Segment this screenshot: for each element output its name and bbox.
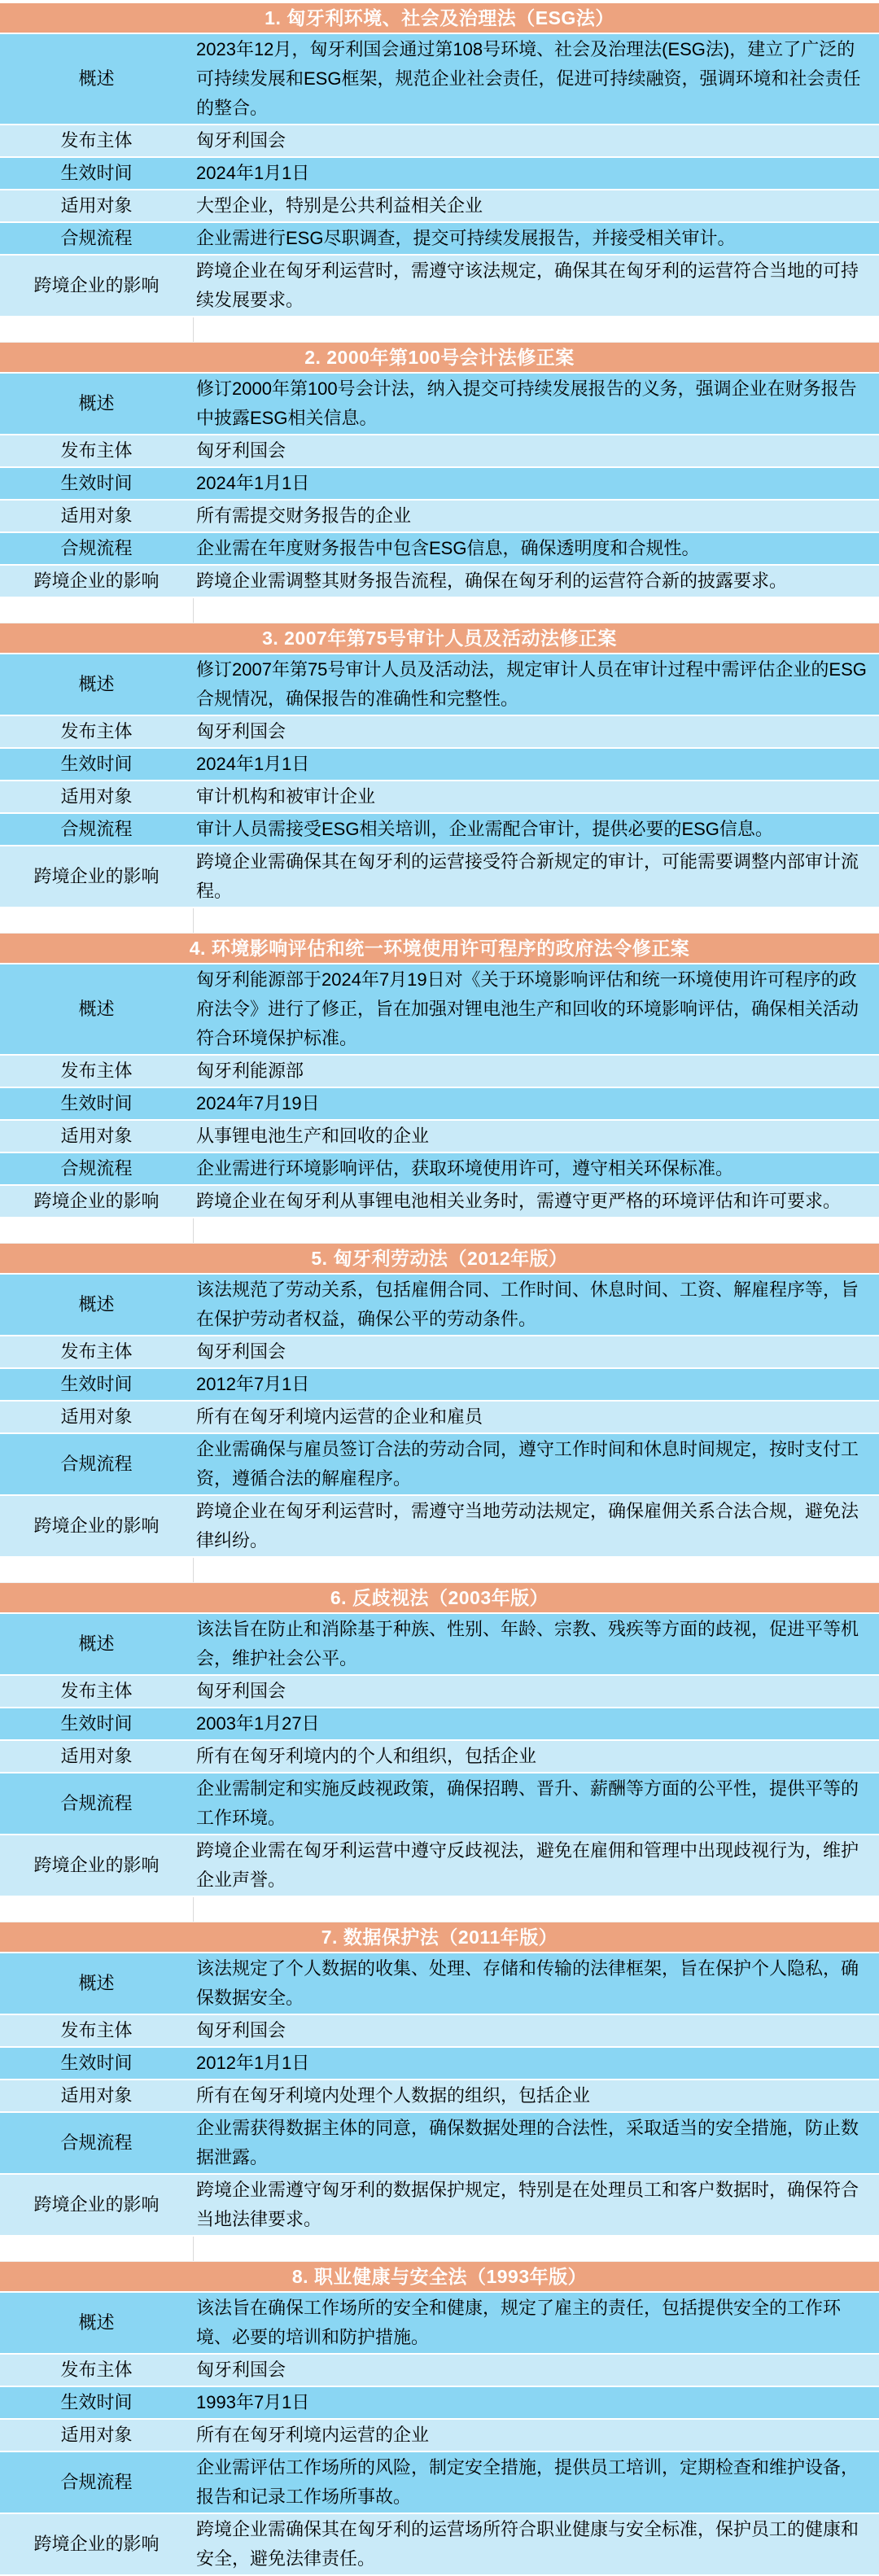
row-value: 2024年1月1日 bbox=[193, 158, 879, 189]
table-row: 合规流程 企业需进行环境影响评估，获取环境使用许可，遵守相关环保标准。 bbox=[0, 1153, 879, 1186]
table-row: 发布主体 匈牙利国会 bbox=[0, 2015, 879, 2048]
row-label: 生效时间 bbox=[0, 158, 193, 189]
table-row: 生效时间 2024年1月1日 bbox=[0, 749, 879, 781]
section-title: 2. 2000年第100号会计法修正案 bbox=[0, 343, 879, 374]
row-value: 2012年7月1日 bbox=[193, 1369, 879, 1400]
row-label: 生效时间 bbox=[0, 2048, 193, 2079]
table-row: 合规流程 企业需确保与雇员签订合法的劳动合同，遵守工作时间和休息时间规定，按时支… bbox=[0, 1434, 879, 1496]
table-row: 合规流程 企业需进行ESG尽职调查，提交可持续发展报告，并接受相关审计。 bbox=[0, 223, 879, 256]
spacer-value-column bbox=[194, 598, 879, 623]
row-label: 适用对象 bbox=[0, 1741, 193, 1772]
section-spacer bbox=[0, 1218, 879, 1244]
row-value: 匈牙利国会 bbox=[193, 125, 879, 156]
row-value: 2003年1月27日 bbox=[193, 1708, 879, 1739]
row-label: 发布主体 bbox=[0, 716, 193, 747]
table-row: 合规流程 审计人员需接受ESG相关培训，企业需配合审计，提供必要的ESG信息。 bbox=[0, 814, 879, 846]
table-row: 生效时间 1993年7月1日 bbox=[0, 2387, 879, 2420]
table-row: 适用对象 大型企业，特别是公共利益相关企业 bbox=[0, 190, 879, 223]
table-row: 概述 该法规定了个人数据的收集、处理、存储和传输的法律框架，旨在保护个人隐私，确… bbox=[0, 1953, 879, 2015]
row-label: 适用对象 bbox=[0, 781, 193, 812]
row-value: 该法旨在防止和消除基于种族、性别、年龄、宗教、残疾等方面的歧视，促进平等机会，维… bbox=[193, 1614, 879, 1674]
row-value: 从事锂电池生产和回收的企业 bbox=[193, 1121, 879, 1152]
spacer-label-column bbox=[0, 317, 194, 342]
row-value: 跨境企业需遵守匈牙利的数据保护规定，特别是在处理员工和客户数据时，确保符合当地法… bbox=[193, 2175, 879, 2235]
table-row: 合规流程 企业需制定和实施反歧视政策，确保招聘、晋升、薪酬等方面的公平性，提供平… bbox=[0, 1773, 879, 1835]
law-compliance-table: 1. 匈牙利环境、社会及治理法（ESG法） 概述 2023年12月，匈牙利国会通… bbox=[0, 0, 879, 2576]
table-row: 概述 该法旨在防止和消除基于种族、性别、年龄、宗教、残疾等方面的歧视，促进平等机… bbox=[0, 1614, 879, 1676]
law-section-6: 6. 反歧视法（2003年版） 概述 该法旨在防止和消除基于种族、性别、年龄、宗… bbox=[0, 1583, 879, 1897]
spacer-value-column bbox=[194, 317, 879, 342]
row-value: 企业需获得数据主体的同意，确保数据处理的合法性，采取适当的安全措施，防止数据泄露… bbox=[193, 2113, 879, 2173]
table-row: 发布主体 匈牙利国会 bbox=[0, 716, 879, 749]
row-label: 生效时间 bbox=[0, 749, 193, 780]
spacer-value-column bbox=[194, 1218, 879, 1243]
spacer-value-column bbox=[194, 1897, 879, 1922]
table-row: 合规流程 企业需获得数据主体的同意，确保数据处理的合法性，采取适当的安全措施，防… bbox=[0, 2113, 879, 2175]
row-label: 概述 bbox=[0, 1614, 193, 1674]
table-row: 发布主体 匈牙利国会 bbox=[0, 1336, 879, 1369]
section-title: 6. 反歧视法（2003年版） bbox=[0, 1583, 879, 1614]
row-value: 企业需在年度财务报告中包含ESG信息，确保透明度和合规性。 bbox=[193, 533, 879, 564]
table-row: 生效时间 2024年1月1日 bbox=[0, 468, 879, 501]
row-value: 修订2007年第75号审计人员及活动法，规定审计人员在审计过程中需评估企业的ES… bbox=[193, 654, 879, 715]
table-row: 适用对象 审计机构和被审计企业 bbox=[0, 781, 879, 814]
row-label: 概述 bbox=[0, 2293, 193, 2353]
row-label: 生效时间 bbox=[0, 2387, 193, 2418]
row-value: 跨境企业需调整其财务报告流程，确保在匈牙利的运营符合新的披露要求。 bbox=[193, 566, 879, 597]
table-row: 跨境企业的影响 跨境企业需确保其在匈牙利的运营场所符合职业健康与安全标准，保护员… bbox=[0, 2514, 879, 2576]
row-label: 跨境企业的影响 bbox=[0, 2514, 193, 2574]
row-value: 2023年12月，匈牙利国会通过第108号环境、社会及治理法(ESG法)，建立了… bbox=[193, 34, 879, 124]
spacer-value-column bbox=[194, 1558, 879, 1582]
row-value: 跨境企业在匈牙利运营时，需遵守当地劳动法规定，确保雇佣关系合法合规，避免法律纠纷… bbox=[193, 1496, 879, 1556]
row-value: 企业需确保与雇员签订合法的劳动合同，遵守工作时间和休息时间规定，按时支付工资，遵… bbox=[193, 1434, 879, 1494]
row-value: 匈牙利国会 bbox=[193, 1676, 879, 1707]
row-value: 2024年7月19日 bbox=[193, 1088, 879, 1119]
row-label: 概述 bbox=[0, 1953, 193, 2014]
section-spacer bbox=[0, 598, 879, 623]
row-label: 概述 bbox=[0, 374, 193, 434]
row-value: 2024年1月1日 bbox=[193, 749, 879, 780]
table-row: 生效时间 2024年1月1日 bbox=[0, 158, 879, 190]
spacer-label-column bbox=[0, 1218, 194, 1243]
table-row: 发布主体 匈牙利能源部 bbox=[0, 1056, 879, 1088]
row-label: 发布主体 bbox=[0, 1676, 193, 1707]
section-title: 1. 匈牙利环境、社会及治理法（ESG法） bbox=[0, 3, 879, 34]
row-label: 发布主体 bbox=[0, 2015, 193, 2046]
law-section-8: 8. 职业健康与安全法（1993年版） 概述 该法旨在确保工作场所的安全和健康，… bbox=[0, 2262, 879, 2576]
row-label: 适用对象 bbox=[0, 190, 193, 221]
row-value: 修订2000年第100号会计法，纳入提交可持续发展报告的义务，强调企业在财务报告… bbox=[193, 374, 879, 434]
law-section-1: 1. 匈牙利环境、社会及治理法（ESG法） 概述 2023年12月，匈牙利国会通… bbox=[0, 3, 879, 317]
law-section-7: 7. 数据保护法（2011年版） 概述 该法规定了个人数据的收集、处理、存储和传… bbox=[0, 1922, 879, 2237]
row-label: 合规流程 bbox=[0, 223, 193, 254]
row-value: 审计人员需接受ESG相关培训，企业需配合审计，提供必要的ESG信息。 bbox=[193, 814, 879, 845]
section-spacer bbox=[0, 1897, 879, 1922]
section-spacer bbox=[0, 908, 879, 934]
table-row: 跨境企业的影响 跨境企业需调整其财务报告流程，确保在匈牙利的运营符合新的披露要求… bbox=[0, 566, 879, 598]
table-row: 跨境企业的影响 跨境企业需遵守匈牙利的数据保护规定，特别是在处理员工和客户数据时… bbox=[0, 2175, 879, 2237]
table-row: 生效时间 2003年1月27日 bbox=[0, 1708, 879, 1741]
row-label: 合规流程 bbox=[0, 1153, 193, 1184]
row-label: 发布主体 bbox=[0, 2355, 193, 2386]
row-label: 跨境企业的影响 bbox=[0, 566, 193, 597]
row-label: 跨境企业的影响 bbox=[0, 1186, 193, 1217]
law-section-4: 4. 环境影响评估和统一环境使用许可程序的政府法令修正案 概述 匈牙利能源部于2… bbox=[0, 934, 879, 1218]
law-section-5: 5. 匈牙利劳动法（2012年版） 概述 该法规范了劳动关系，包括雇佣合同、工作… bbox=[0, 1244, 879, 1558]
row-value: 匈牙利国会 bbox=[193, 435, 879, 466]
row-value: 1993年7月1日 bbox=[193, 2387, 879, 2418]
row-value: 大型企业，特别是公共利益相关企业 bbox=[193, 190, 879, 221]
section-spacer bbox=[0, 1558, 879, 1583]
row-value: 匈牙利国会 bbox=[193, 1336, 879, 1367]
row-value: 匈牙利国会 bbox=[193, 2355, 879, 2386]
table-row: 跨境企业的影响 跨境企业在匈牙利运营时，需遵守该法规定，确保其在匈牙利的运营符合… bbox=[0, 256, 879, 317]
row-label: 概述 bbox=[0, 34, 193, 124]
section-title: 3. 2007年第75号审计人员及活动法修正案 bbox=[0, 623, 879, 654]
row-value: 企业需进行ESG尽职调查，提交可持续发展报告，并接受相关审计。 bbox=[193, 223, 879, 254]
row-value: 跨境企业需确保其在匈牙利的运营场所符合职业健康与安全标准，保护员工的健康和安全，… bbox=[193, 2514, 879, 2574]
row-label: 生效时间 bbox=[0, 1369, 193, 1400]
row-label: 适用对象 bbox=[0, 1402, 193, 1432]
table-row: 发布主体 匈牙利国会 bbox=[0, 1676, 879, 1708]
row-value: 企业需制定和实施反歧视政策，确保招聘、晋升、薪酬等方面的公平性，提供平等的工作环… bbox=[193, 1773, 879, 1834]
row-label: 概述 bbox=[0, 1275, 193, 1335]
row-value: 所有在匈牙利境内的个人和组织，包括企业 bbox=[193, 1741, 879, 1772]
row-value: 跨境企业需确保其在匈牙利的运营接受符合新规定的审计，可能需要调整内部审计流程。 bbox=[193, 846, 879, 907]
row-label: 发布主体 bbox=[0, 435, 193, 466]
table-row: 概述 该法旨在确保工作场所的安全和健康，规定了雇主的责任，包括提供安全的工作环境… bbox=[0, 2293, 879, 2355]
row-label: 合规流程 bbox=[0, 1773, 193, 1834]
table-row: 生效时间 2012年1月1日 bbox=[0, 2048, 879, 2080]
row-value: 审计机构和被审计企业 bbox=[193, 781, 879, 812]
row-label: 合规流程 bbox=[0, 1434, 193, 1494]
row-label: 发布主体 bbox=[0, 1336, 193, 1367]
table-row: 合规流程 企业需评估工作场所的风险，制定安全措施，提供员工培训，定期检查和维护设… bbox=[0, 2452, 879, 2514]
row-label: 合规流程 bbox=[0, 533, 193, 564]
row-value: 2024年1月1日 bbox=[193, 468, 879, 499]
row-label: 生效时间 bbox=[0, 1708, 193, 1739]
table-row: 跨境企业的影响 跨境企业在匈牙利从事锂电池相关业务时，需遵守更严格的环境评估和许… bbox=[0, 1186, 879, 1218]
table-row: 适用对象 所有在匈牙利境内运营的企业和雇员 bbox=[0, 1402, 879, 1434]
row-value: 匈牙利国会 bbox=[193, 2015, 879, 2046]
spacer-value-column bbox=[194, 908, 879, 933]
spacer-label-column bbox=[0, 598, 194, 623]
row-label: 跨境企业的影响 bbox=[0, 2175, 193, 2235]
table-row: 发布主体 匈牙利国会 bbox=[0, 2355, 879, 2387]
table-row: 跨境企业的影响 跨境企业需在匈牙利运营中遵守反歧视法，避免在雇佣和管理中出现歧视… bbox=[0, 1835, 879, 1897]
row-label: 发布主体 bbox=[0, 1056, 193, 1087]
row-label: 适用对象 bbox=[0, 2080, 193, 2111]
table-row: 概述 该法规范了劳动关系，包括雇佣合同、工作时间、休息时间、工资、解雇程序等，旨… bbox=[0, 1275, 879, 1336]
table-row: 适用对象 从事锂电池生产和回收的企业 bbox=[0, 1121, 879, 1153]
section-spacer bbox=[0, 317, 879, 343]
row-label: 跨境企业的影响 bbox=[0, 846, 193, 907]
row-value: 所有在匈牙利境内处理个人数据的组织，包括企业 bbox=[193, 2080, 879, 2111]
row-value: 所有在匈牙利境内运营的企业和雇员 bbox=[193, 1402, 879, 1432]
row-label: 概述 bbox=[0, 964, 193, 1054]
table-row: 发布主体 匈牙利国会 bbox=[0, 125, 879, 158]
table-row: 概述 修订2007年第75号审计人员及活动法，规定审计人员在审计过程中需评估企业… bbox=[0, 654, 879, 716]
table-row: 适用对象 所有在匈牙利境内的个人和组织，包括企业 bbox=[0, 1741, 879, 1773]
table-row: 概述 2023年12月，匈牙利国会通过第108号环境、社会及治理法(ESG法)，… bbox=[0, 34, 879, 125]
row-label: 合规流程 bbox=[0, 2113, 193, 2173]
row-value: 所有需提交财务报告的企业 bbox=[193, 501, 879, 531]
spacer-label-column bbox=[0, 908, 194, 933]
spacer-label-column bbox=[0, 1558, 194, 1582]
row-value: 企业需进行环境影响评估，获取环境使用许可，遵守相关环保标准。 bbox=[193, 1153, 879, 1184]
table-row: 生效时间 2012年7月1日 bbox=[0, 1369, 879, 1402]
law-section-2: 2. 2000年第100号会计法修正案 概述 修订2000年第100号会计法，纳… bbox=[0, 343, 879, 598]
row-label: 生效时间 bbox=[0, 468, 193, 499]
row-value: 该法规定了个人数据的收集、处理、存储和传输的法律框架，旨在保护个人隐私，确保数据… bbox=[193, 1953, 879, 2014]
table-row: 发布主体 匈牙利国会 bbox=[0, 435, 879, 468]
table-row: 概述 匈牙利能源部于2024年7月19日对《关于环境影响评估和统一环境使用许可程… bbox=[0, 964, 879, 1056]
section-title: 5. 匈牙利劳动法（2012年版） bbox=[0, 1244, 879, 1275]
row-label: 合规流程 bbox=[0, 814, 193, 845]
table-row: 概述 修订2000年第100号会计法，纳入提交可持续发展报告的义务，强调企业在财… bbox=[0, 374, 879, 435]
section-title: 4. 环境影响评估和统一环境使用许可程序的政府法令修正案 bbox=[0, 934, 879, 964]
row-label: 跨境企业的影响 bbox=[0, 1835, 193, 1896]
table-row: 跨境企业的影响 跨境企业需确保其在匈牙利的运营接受符合新规定的审计，可能需要调整… bbox=[0, 846, 879, 908]
spacer-value-column bbox=[194, 2237, 879, 2261]
table-row: 生效时间 2024年7月19日 bbox=[0, 1088, 879, 1121]
section-title: 7. 数据保护法（2011年版） bbox=[0, 1922, 879, 1953]
table-row: 跨境企业的影响 跨境企业在匈牙利运营时，需遵守当地劳动法规定，确保雇佣关系合法合… bbox=[0, 1496, 879, 1558]
row-label: 跨境企业的影响 bbox=[0, 256, 193, 316]
row-value: 所有在匈牙利境内运营的企业 bbox=[193, 2420, 879, 2451]
table-row: 适用对象 所有在匈牙利境内运营的企业 bbox=[0, 2420, 879, 2452]
row-value: 该法旨在确保工作场所的安全和健康，规定了雇主的责任，包括提供安全的工作环境、必要… bbox=[193, 2293, 879, 2353]
row-value: 跨境企业需在匈牙利运营中遵守反歧视法，避免在雇佣和管理中出现歧视行为，维护企业声… bbox=[193, 1835, 879, 1896]
row-label: 发布主体 bbox=[0, 125, 193, 156]
spacer-label-column bbox=[0, 2237, 194, 2261]
row-label: 合规流程 bbox=[0, 2452, 193, 2513]
row-value: 匈牙利国会 bbox=[193, 716, 879, 747]
row-value: 跨境企业在匈牙利运营时，需遵守该法规定，确保其在匈牙利的运营符合当地的可持续发展… bbox=[193, 256, 879, 316]
row-label: 适用对象 bbox=[0, 501, 193, 531]
law-section-3: 3. 2007年第75号审计人员及活动法修正案 概述 修订2007年第75号审计… bbox=[0, 623, 879, 908]
table-row: 适用对象 所有需提交财务报告的企业 bbox=[0, 501, 879, 533]
row-value: 匈牙利能源部 bbox=[193, 1056, 879, 1087]
row-label: 生效时间 bbox=[0, 1088, 193, 1119]
spacer-label-column bbox=[0, 1897, 194, 1922]
row-label: 跨境企业的影响 bbox=[0, 1496, 193, 1556]
row-value: 该法规范了劳动关系，包括雇佣合同、工作时间、休息时间、工资、解雇程序等，旨在保护… bbox=[193, 1275, 879, 1335]
row-value: 匈牙利能源部于2024年7月19日对《关于环境影响评估和统一环境使用许可程序的政… bbox=[193, 964, 879, 1054]
row-value: 企业需评估工作场所的风险，制定安全措施，提供员工培训，定期检查和维护设备，报告和… bbox=[193, 2452, 879, 2513]
row-label: 适用对象 bbox=[0, 1121, 193, 1152]
table-row: 适用对象 所有在匈牙利境内处理个人数据的组织，包括企业 bbox=[0, 2080, 879, 2113]
row-value: 跨境企业在匈牙利从事锂电池相关业务时，需遵守更严格的环境评估和许可要求。 bbox=[193, 1186, 879, 1217]
table-row: 合规流程 企业需在年度财务报告中包含ESG信息，确保透明度和合规性。 bbox=[0, 533, 879, 566]
row-label: 适用对象 bbox=[0, 2420, 193, 2451]
section-spacer bbox=[0, 2237, 879, 2262]
row-label: 概述 bbox=[0, 654, 193, 715]
section-title: 8. 职业健康与安全法（1993年版） bbox=[0, 2262, 879, 2293]
row-value: 2012年1月1日 bbox=[193, 2048, 879, 2079]
